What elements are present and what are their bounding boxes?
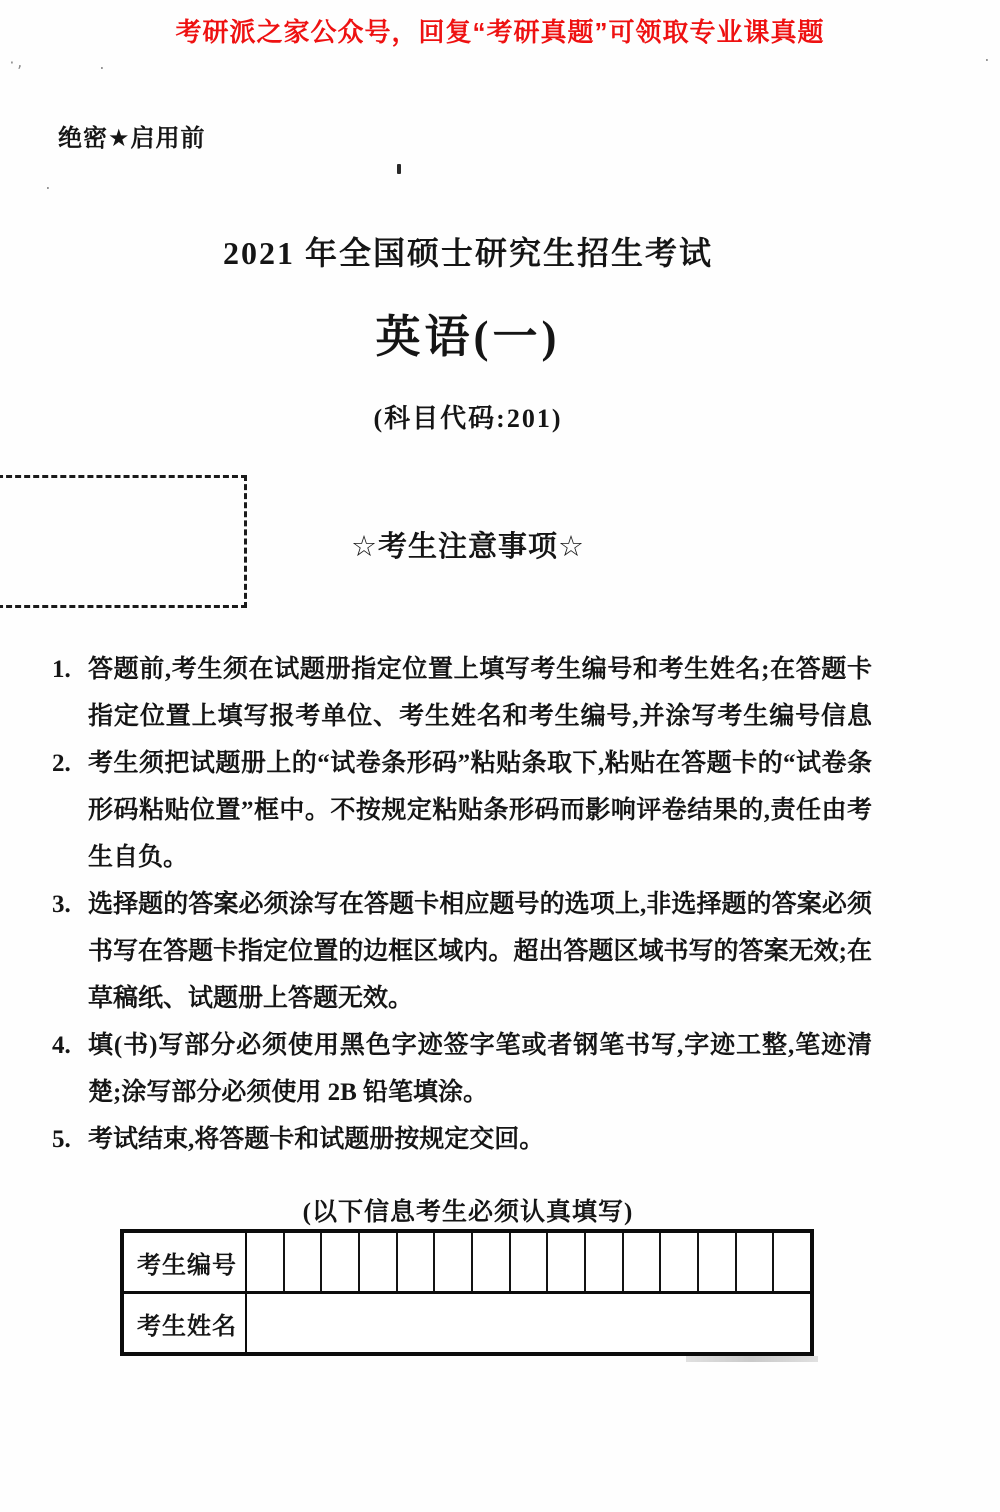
digit-cell (774, 1233, 810, 1291)
classification-label: 绝密★启用前 (58, 118, 206, 153)
digit-cell (624, 1233, 662, 1291)
digit-cell (285, 1233, 323, 1291)
subject-title: 英语(一) (0, 300, 936, 365)
notice-line: 选择题的答案必须涂写在答题卡相应题号的选项上,非选择题的答案必须 (88, 881, 872, 928)
notice-line: 考试结束,将答题卡和试题册按规定交回。 (88, 1116, 872, 1163)
notice-line: 指定位置上填写报考单位、考生姓名和考生编号,并涂写考生编号信息点。 (88, 693, 872, 740)
notice-line: 生自负。 (88, 834, 872, 881)
scan-artifact: . (983, 50, 991, 65)
digit-cell (360, 1233, 398, 1291)
digit-cell (586, 1233, 624, 1291)
candidate-name-cell (247, 1294, 810, 1352)
candidate-info-table: 考生编号 考生姓名 (120, 1229, 814, 1356)
candidate-name-row: 考生姓名 (124, 1294, 810, 1352)
scan-artifact (397, 164, 401, 174)
notice-line: 楚;涂写部分必须使用 2B 铅笔填涂。 (88, 1069, 872, 1116)
candidate-name-label: 考生姓名 (124, 1294, 247, 1352)
barcode-paste-box (0, 475, 247, 608)
digit-cell (737, 1233, 775, 1291)
scan-artifact: . (44, 178, 52, 193)
notice-line: 草稿纸、试题册上答题无效。 (88, 975, 872, 1022)
notice-number: 2. (52, 740, 86, 787)
scan-artifact (686, 1356, 818, 1362)
subject-code: (科目代码:201) (0, 398, 936, 435)
notice-line: 填(书)写部分必须使用黑色字迹签字笔或者钢笔书写,字迹工整,笔迹清 (88, 1022, 872, 1069)
notice-line: 书写在答题卡指定位置的边框区域内。超出答题区域书写的答案无效;在 (88, 928, 872, 975)
digit-cell (322, 1233, 360, 1291)
digit-cell (473, 1233, 511, 1291)
notice-number: 5. (52, 1116, 86, 1163)
notice-list: 1.答题前,考生须在试题册指定位置上填写考生编号和考生姓名;在答题卡指定位置上填… (52, 646, 876, 1163)
notice-line: 形码粘贴位置”框中。不按规定粘贴条形码而影响评卷结果的,责任由考 (88, 787, 872, 834)
candidate-number-label: 考生编号 (124, 1233, 247, 1291)
notice-line: 考生须把试题册上的“试卷条形码”粘贴条取下,粘贴在答题卡的“试卷条 (88, 740, 872, 787)
fill-info-caption: (以下信息考生必须认真填写) (0, 1192, 936, 1228)
scan-artifact: ·, (8, 56, 24, 71)
exam-cover-page: 考研派之家公众号，回复“考研真题”可领取专业课真题 ·, . . . 绝密★启用… (0, 0, 1000, 1512)
exam-title: 2021 年全国硕士研究生招生考试 (0, 228, 936, 274)
scan-artifact: . (98, 58, 106, 73)
digit-cell (661, 1233, 699, 1291)
digit-cell (435, 1233, 473, 1291)
digit-cell (398, 1233, 436, 1291)
digit-cell (511, 1233, 549, 1291)
digit-cell (247, 1233, 285, 1291)
notice-number: 1. (52, 646, 86, 693)
digit-cell (548, 1233, 586, 1291)
notice-number: 4. (52, 1022, 86, 1069)
notice-line: 答题前,考生须在试题册指定位置上填写考生编号和考生姓名;在答题卡 (88, 646, 872, 693)
digit-cell (699, 1233, 737, 1291)
notice-number: 3. (52, 881, 86, 928)
candidate-number-row: 考生编号 (124, 1233, 810, 1294)
promo-banner-text: 考研派之家公众号，回复“考研真题”可领取专业课真题 (0, 12, 1000, 49)
candidate-number-cells (247, 1233, 810, 1291)
